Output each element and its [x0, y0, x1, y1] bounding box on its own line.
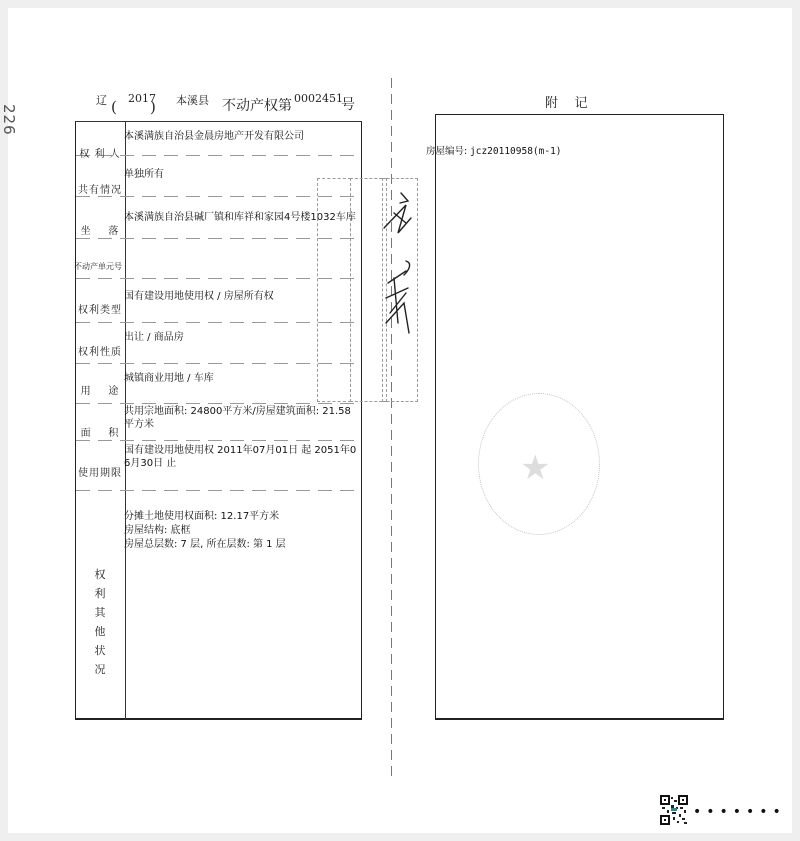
label-right-holder: 权 利 人 — [75, 145, 125, 160]
header-open-paren: ( — [111, 98, 117, 116]
label-other-rights: 权利其他状况 — [93, 565, 107, 679]
row-divider — [76, 440, 362, 441]
row-divider — [76, 403, 362, 404]
label-right-nature: 权利性质 — [75, 343, 125, 358]
value-right-nature: 出让 / 商品房 — [124, 331, 184, 344]
value-term: 国有建设用地使用权 2011年07月01日 起 2051年06月30日 止 — [124, 444, 360, 470]
header-close-paren: ) — [150, 98, 156, 116]
row-divider — [76, 490, 362, 491]
qr-code-icon[interactable] — [660, 795, 688, 825]
seal-star-icon: ★ — [520, 448, 550, 488]
header-title: 不动产权第 — [222, 95, 292, 115]
annex-title: 附 记 — [545, 92, 588, 111]
value-right-holder: 本溪满族自治县金晨房地产开发有限公司 — [124, 130, 304, 143]
label-right-type: 权利类型 — [75, 301, 125, 316]
document-page: 226 辽 ( 2017 ) 本溪县 不动产权第 0002451 号 权 利 人… — [8, 8, 792, 833]
label-area: 面 积 — [75, 424, 125, 439]
footer-dots: ••••••• — [693, 804, 786, 820]
header-county: 本溪县 — [176, 92, 209, 108]
label-location: 坐 落 — [75, 222, 125, 237]
handwritten-signature-icon — [376, 183, 416, 368]
other-rights-line-3: 房屋总层数: 7 层, 所在层数: 第 1 层 — [124, 538, 286, 551]
other-rights-line-2: 房屋结构: 底框 — [124, 524, 191, 537]
value-right-type: 国有建设用地使用权 / 房屋所有权 — [124, 290, 274, 303]
header-suffix: 号 — [341, 94, 355, 114]
header-prefix: 辽 — [96, 92, 107, 108]
label-co-ownership: 共有情况 — [75, 181, 125, 196]
value-area: 共用宗地面积: 24800平方米/房屋建筑面积: 21.58平方米 — [124, 405, 360, 431]
bleed-through-box — [317, 178, 351, 402]
header-number: 0002451 — [294, 92, 343, 105]
value-co-ownership: 单独所有 — [124, 168, 164, 181]
page-number: 226 — [0, 104, 18, 136]
house-number-value: jcz20110958(m-1) — [470, 145, 562, 158]
label-usage: 用 途 — [75, 382, 125, 397]
other-rights-line-1: 分摊土地使用权面积: 12.17平方米 — [124, 510, 279, 523]
house-number-label: 房屋编号: — [426, 145, 467, 158]
label-unit-number: 不动产单元号 — [73, 261, 123, 272]
value-usage: 城镇商业用地 / 车库 — [124, 372, 214, 385]
label-term: 使用期限 — [75, 464, 125, 479]
